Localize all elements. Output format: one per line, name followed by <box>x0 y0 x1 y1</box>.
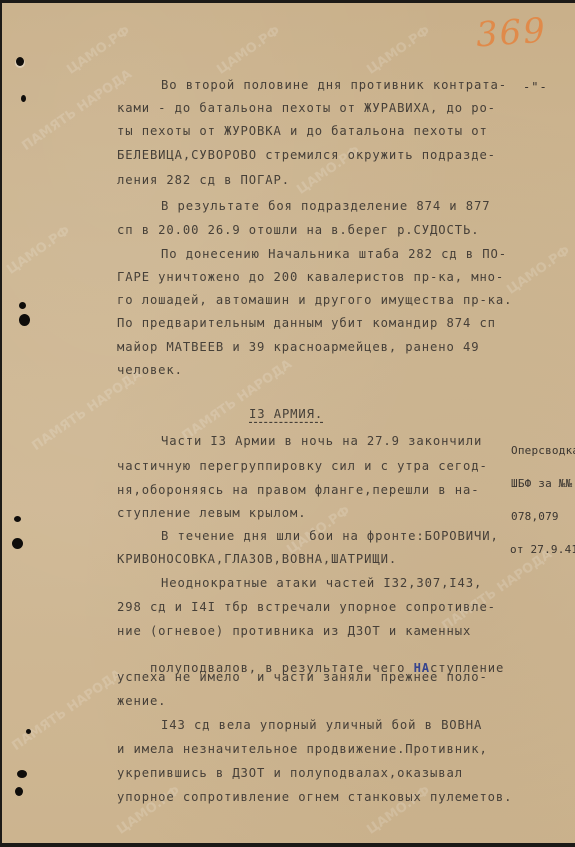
watermark: ЦАМО.РФ <box>504 243 573 297</box>
text-line: ГАРЕ уничтожено до 200 кавалеристов пр-к… <box>117 270 504 284</box>
punch-hole <box>16 57 24 66</box>
text-line: ня,обороняясь на правом фланге,перешли в… <box>117 483 479 497</box>
margin-note-line: Оперсводка <box>511 445 575 456</box>
punch-hole <box>19 314 30 326</box>
text-line: укрепившись в ДЗОТ и полуподвалах,оказыв… <box>117 766 463 780</box>
text-line: ты пехоты от ЖУРОВКА и до батальона пехо… <box>117 124 488 138</box>
text-line: упорное сопротивление огнем станковых пу… <box>117 790 512 804</box>
text-line: Неоднократные атаки частей I32,307,I43, <box>161 576 482 590</box>
ditto-mark: -"- <box>523 80 548 94</box>
archive-page-number: 369 <box>475 11 549 56</box>
text-line: I43 сд вела упорный уличный бой в ВОВНА <box>161 718 482 732</box>
text-line: По предварительным данным убит командир … <box>117 316 496 330</box>
text-line: человек. <box>117 363 183 377</box>
punch-hole <box>26 729 31 734</box>
watermark: ПАМЯТЬ НАРОДА <box>179 357 294 444</box>
text-line: В течение дня шли бои на фронте:БОРОВИЧИ… <box>161 529 499 543</box>
text-line: майор МАТВЕЕВ и 39 красноармейцев, ранен… <box>117 340 479 354</box>
punch-hole <box>15 787 23 796</box>
text-line: ступление левым крылом. <box>117 506 306 520</box>
text-line: КРИВОНОСОВКА,ГЛАЗОВ,ВОВНА,ШАТРИЩИ. <box>117 552 397 566</box>
text-line: ние (огневое) противника из ДЗОТ и камен… <box>117 624 471 638</box>
text-line: ками - до батальона пехоты от ЖУРАВИХА, … <box>117 101 496 115</box>
text-line: Части I3 Армии в ночь на 27.9 закончили <box>161 434 482 448</box>
watermark: ЦАМО.РФ <box>364 23 433 77</box>
punch-hole <box>14 516 21 522</box>
margin-note-line: от 27.9.41. <box>510 544 575 555</box>
watermark: ПАМЯТЬ НАРОДА <box>29 367 144 454</box>
punch-hole <box>21 95 26 102</box>
text-line: успеха не имело и части заняли прежнее п… <box>117 670 488 684</box>
watermark: ПАМЯТЬ НАРОДА <box>9 667 124 754</box>
section-heading: I3 АРМИЯ. <box>249 407 323 421</box>
text-line: Во второй половине дня противник контрат… <box>161 78 507 92</box>
text-line: го лошадей, автомашин и другого имуществ… <box>117 293 512 307</box>
text-line: В результате боя подразделение 874 и 877 <box>161 199 491 213</box>
punch-hole <box>12 538 23 549</box>
text-line: жение. <box>117 694 166 708</box>
margin-note: Оперсводка ШБФ за №№ 078,079 от 27.9.41. <box>511 423 575 577</box>
punch-hole <box>19 302 26 309</box>
text-line: По донесению Начальника штаба 282 сд в П… <box>161 247 507 261</box>
archival-document-page: ЦАМО.РФ ЦАМО.РФ ЦАМО.РФ ПАМЯТЬ НАРОДА ЦА… <box>2 3 575 843</box>
text-line: ления 282 сд в ПОГАР. <box>117 173 290 187</box>
margin-note-line: ШБФ за №№ <box>511 478 575 489</box>
watermark: ЦАМО.РФ <box>214 23 283 77</box>
text-line: БЕЛЕВИЦА,СУВОРОВО стремился окружить под… <box>117 148 496 162</box>
text-line: и имела незначительное продвижение.Проти… <box>117 742 488 756</box>
margin-note-line: 078,079 <box>511 511 575 522</box>
punch-hole <box>17 770 27 778</box>
watermark: ЦАМО.РФ <box>4 223 73 277</box>
watermark: ЦАМО.РФ <box>64 23 133 77</box>
text-line: частичную перегруппировку сил и с утра с… <box>117 459 488 473</box>
text-line: сп в 20.00 26.9 отошли на в.берег р.СУДО… <box>117 223 479 237</box>
text-line: 298 сд и I4I тбр встречали упорное сопро… <box>117 600 496 614</box>
